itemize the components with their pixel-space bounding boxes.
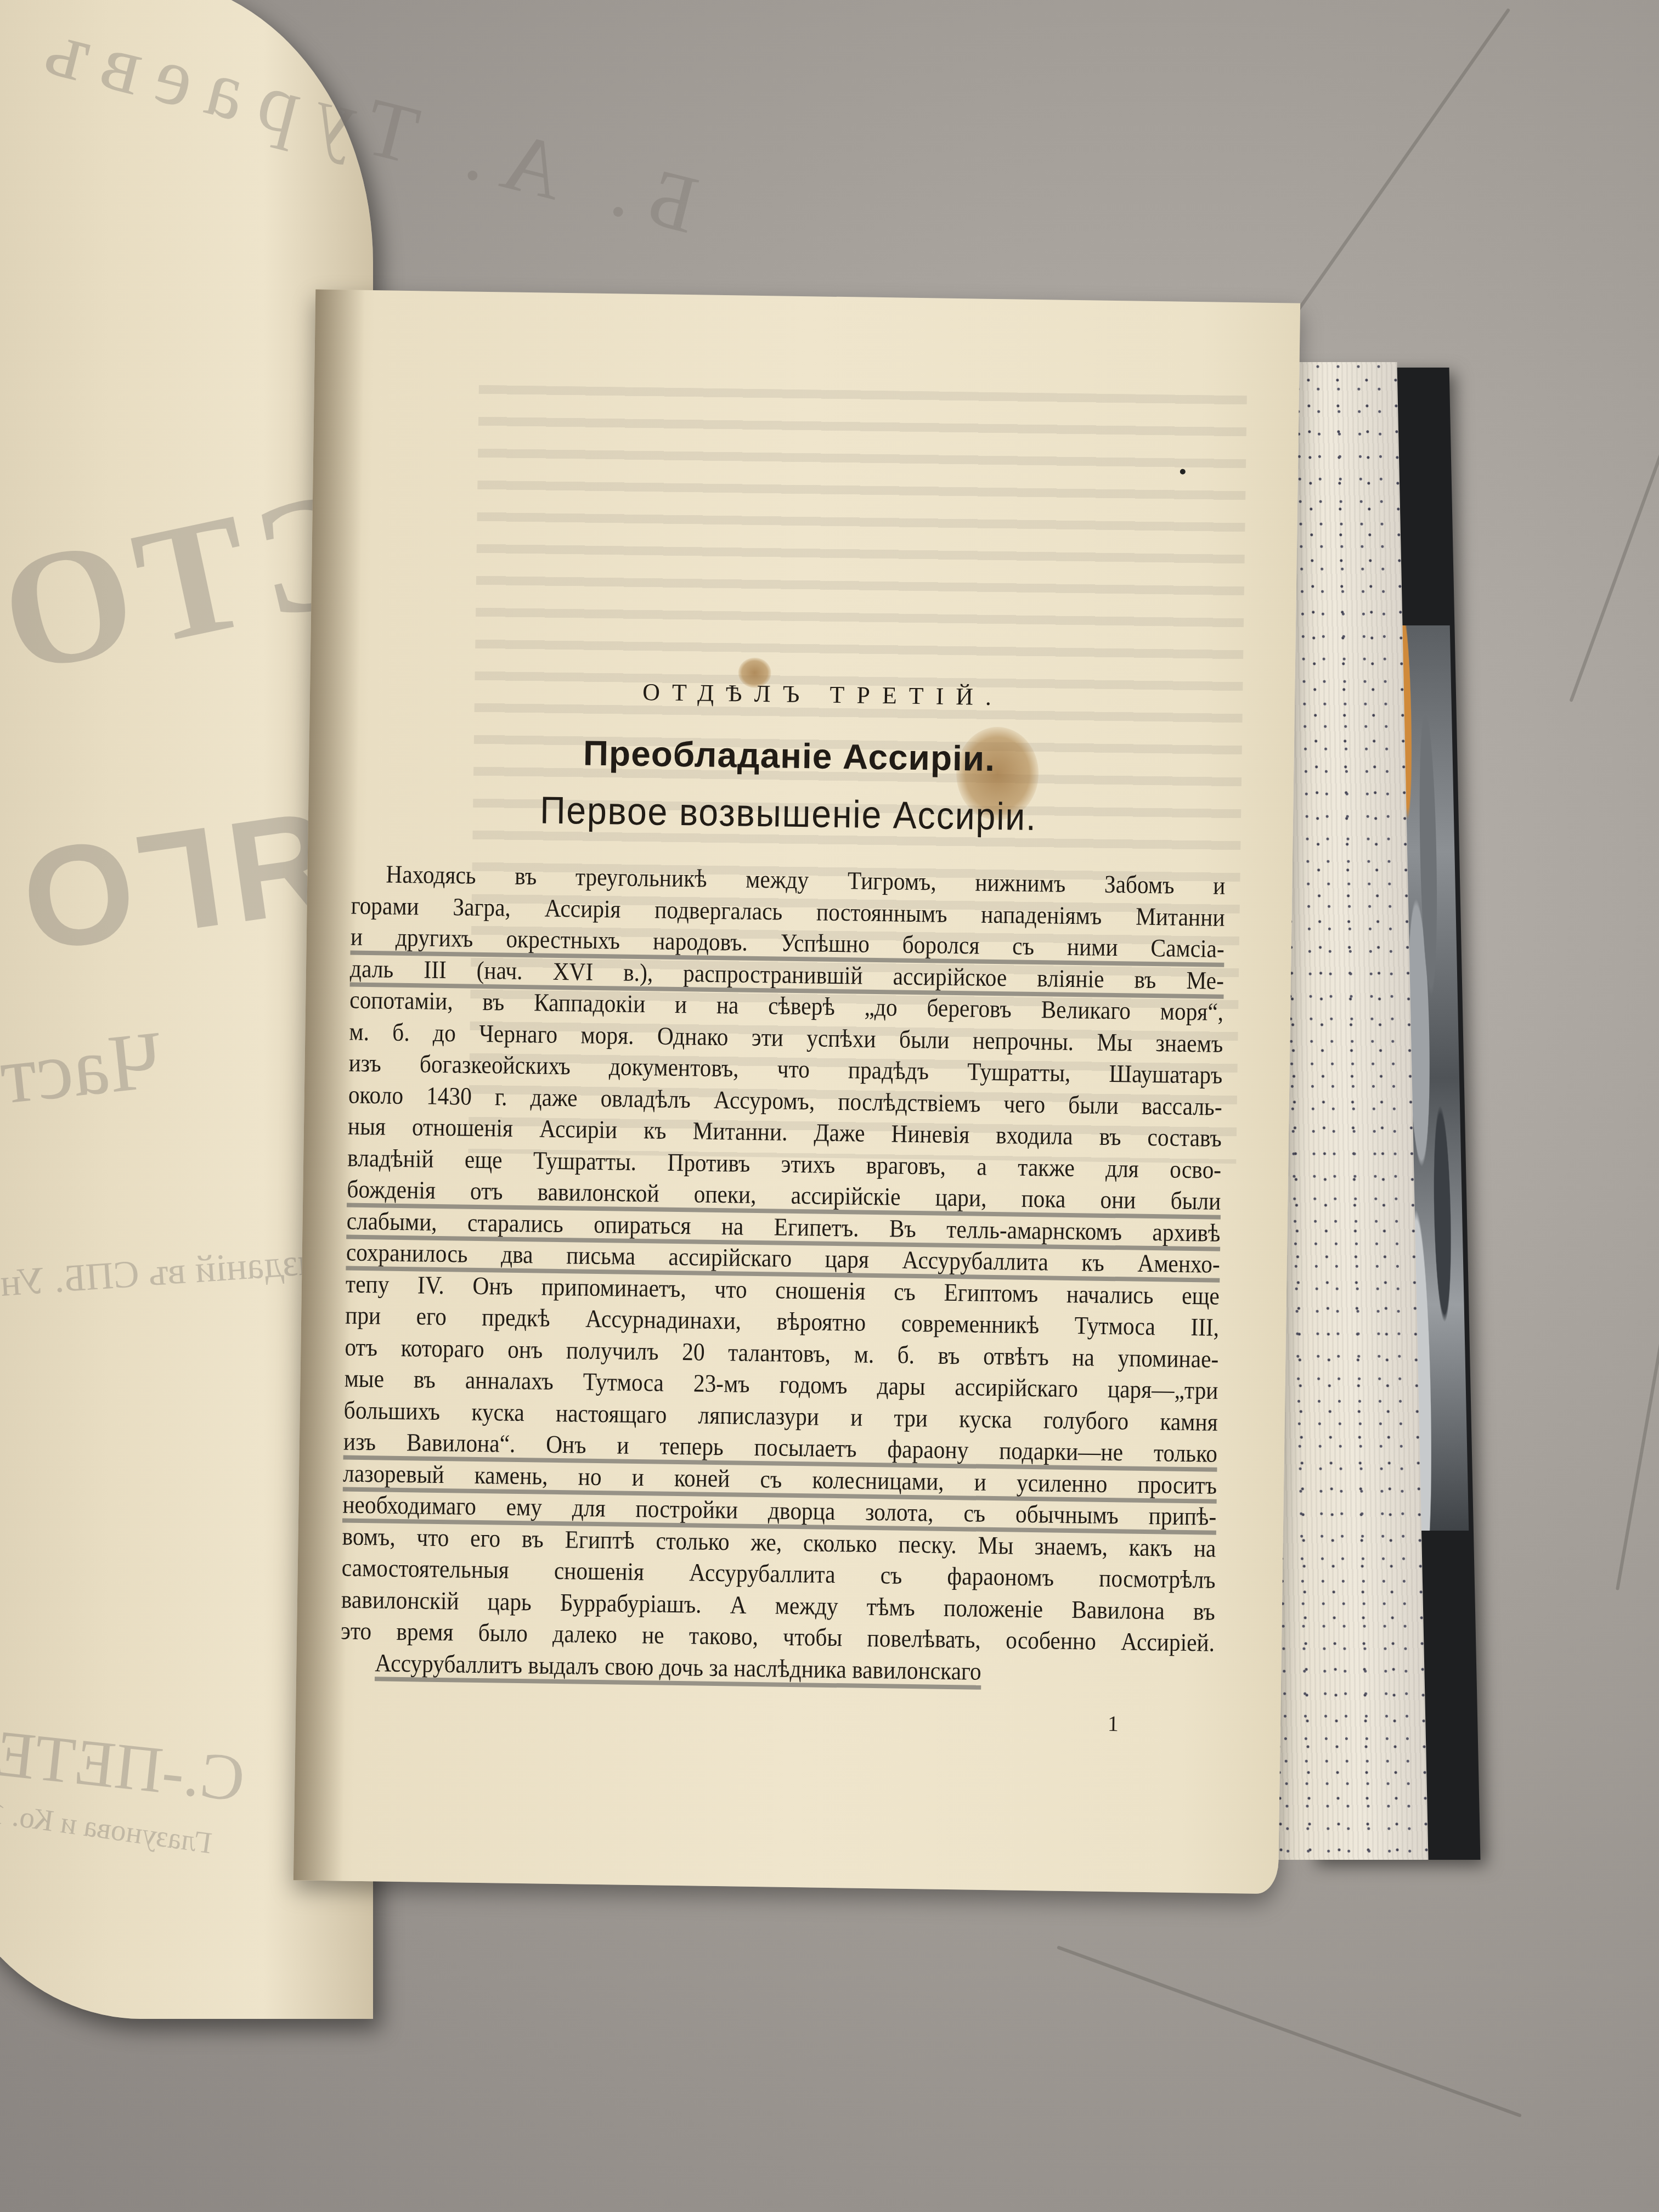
marble-vein xyxy=(1569,289,1659,702)
marble-vein xyxy=(1288,8,1510,325)
page-content: ОТДѢЛЪ ТРЕТIЙ. Преобладанiе Ассирiи. Пер… xyxy=(340,674,1226,1690)
right-page: ОТДѢЛЪ ТРЕТIЙ. Преобладанiе Ассирiи. Пер… xyxy=(294,290,1300,1894)
chapter-title: Преобладанiе Ассирiи. xyxy=(353,730,1226,782)
ink-speck xyxy=(1180,469,1186,475)
body-text: Находясь въ треугольникѣ между Тигромъ, … xyxy=(340,858,1226,1690)
show-through-part: Част xyxy=(0,1012,167,1123)
chapter-subtitle: Первое возвышенiе Ассирiи. xyxy=(387,786,1190,841)
marble-vein xyxy=(1057,1945,1522,2117)
page-number: 1 xyxy=(1108,1711,1119,1736)
marble-vein xyxy=(1616,1266,1659,1590)
show-through-publisher-line: изданiй въ СПБ. Ун xyxy=(0,1240,320,1306)
show-through-author: Б. А. Тураевъ xyxy=(21,0,707,252)
